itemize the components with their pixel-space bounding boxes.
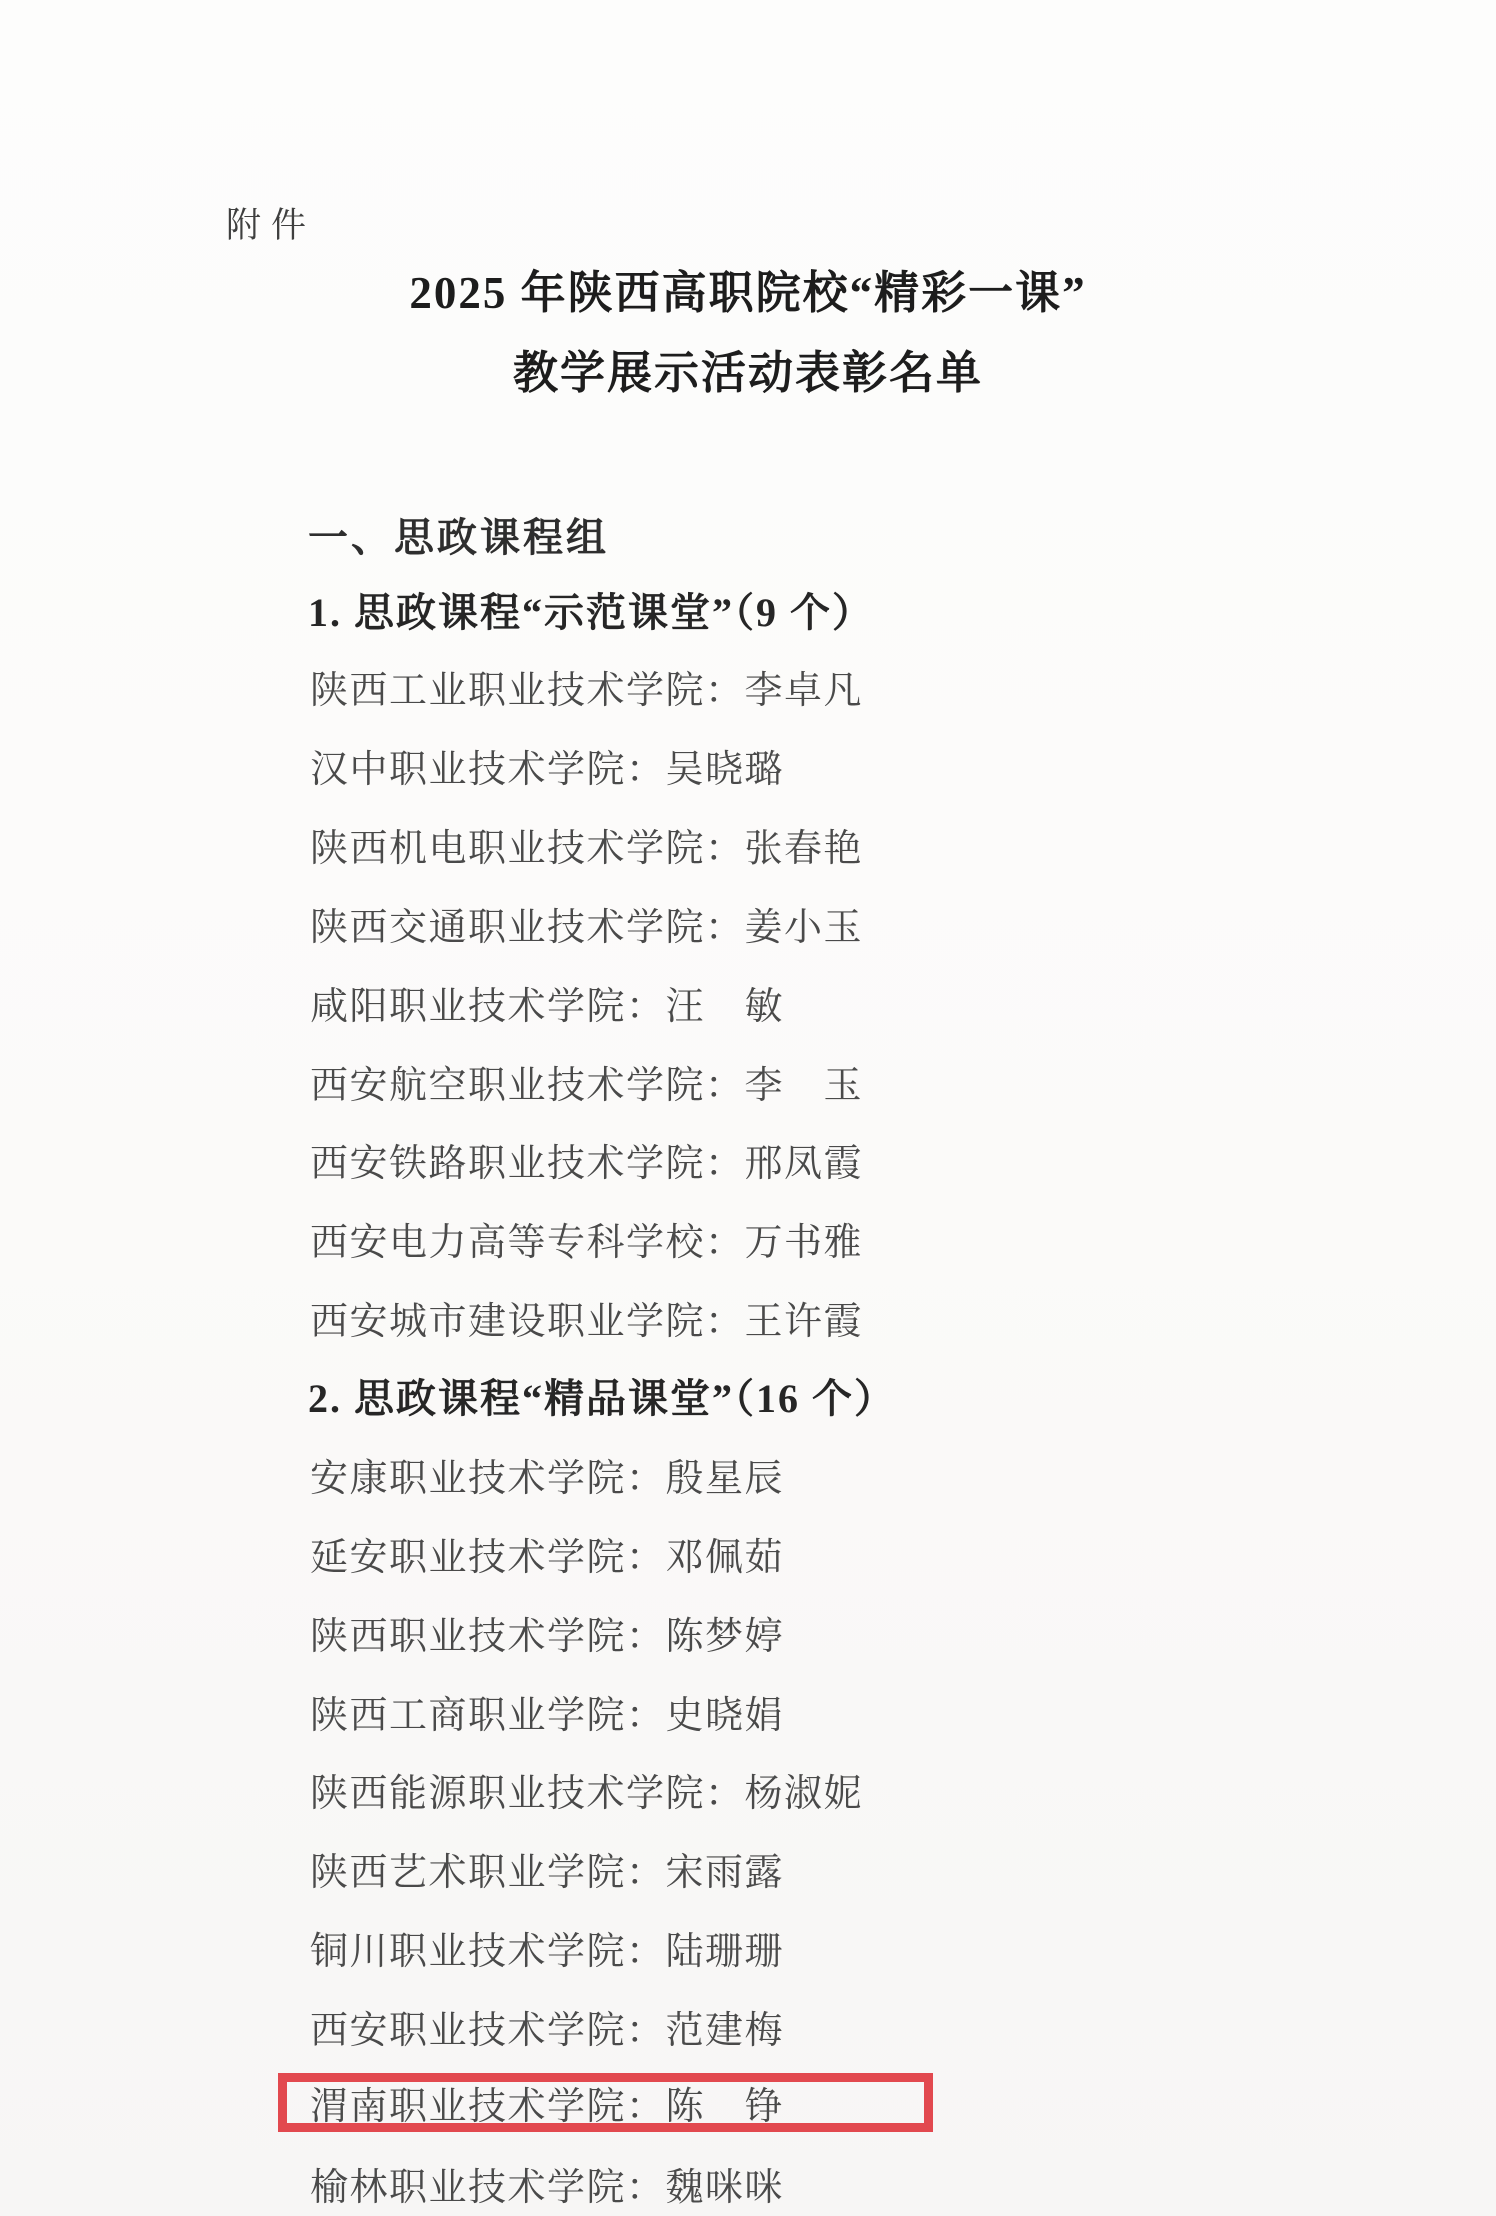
list-item: 铜川职业技术学院：陆珊珊: [310, 1929, 784, 1975]
list-item: 西安职业技术学院：范建梅: [310, 2008, 784, 2054]
list-item: 榆林职业技术学院：魏咪咪: [310, 2165, 784, 2211]
list-item: 陕西艺术职业学院：宋雨露: [310, 1850, 784, 1896]
group2-heading: 2. 思政课程“精品课堂”（16 个）: [308, 1376, 896, 1422]
list-item: 陕西交通职业技术学院：姜小玉: [310, 905, 863, 951]
list-item: 西安铁路职业技术学院：邢凤霞: [310, 1141, 863, 1187]
list-item: 西安航空职业技术学院：李 玉: [310, 1063, 863, 1109]
list-item: 西安城市建设职业学院：王许霞: [310, 1299, 863, 1345]
highlighted-list-item: 渭南职业技术学院：陈 铮: [310, 2075, 784, 2130]
list-item: 咸阳职业技术学院：汪 敏: [310, 984, 784, 1030]
document-title-line1: 2025 年陕西高职院校“精彩一课”: [0, 253, 1496, 333]
group1-heading: 1. 思政课程“示范课堂”（9 个）: [308, 590, 874, 636]
list-item: 安康职业技术学院：殷星辰: [310, 1456, 784, 1502]
document-page: 附件 2025 年陕西高职院校“精彩一课” 教学展示活动表彰名单 一、思政课程组…: [0, 0, 1496, 2216]
list-item: 陕西工业职业技术学院：李卓凡: [310, 668, 863, 714]
list-item: 汉中职业技术学院：吴晓璐: [310, 747, 784, 793]
list-item: 西安电力高等专科学校：万书雅: [310, 1220, 863, 1266]
list-item: 陕西能源职业技术学院：杨淑妮: [310, 1771, 863, 1817]
list-item: 延安职业技术学院：邓佩茹: [310, 1535, 784, 1581]
highlight-box: 渭南职业技术学院：陈 铮: [278, 2073, 933, 2132]
section-heading-sizheng: 一、思政课程组: [308, 516, 609, 560]
list-item: 陕西机电职业技术学院：张春艳: [310, 826, 863, 872]
document-title: 2025 年陕西高职院校“精彩一课” 教学展示活动表彰名单: [0, 253, 1496, 413]
list-item: 陕西工商职业学院：史晓娟: [310, 1693, 784, 1739]
document-title-line2: 教学展示活动表彰名单: [0, 333, 1496, 413]
list-item: 陕西职业技术学院：陈梦婷: [310, 1614, 784, 1660]
attachment-label: 附件: [226, 198, 316, 248]
